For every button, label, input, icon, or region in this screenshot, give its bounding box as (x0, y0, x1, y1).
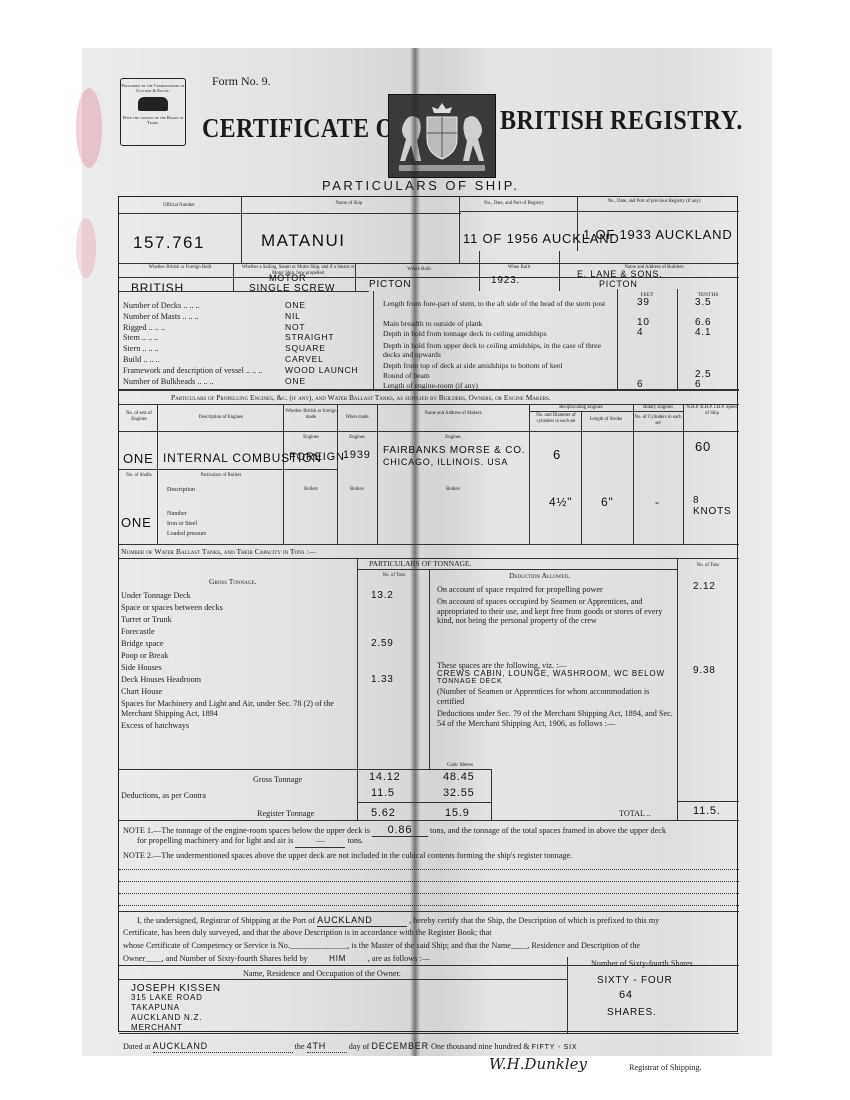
deductions-value: 11.5 (371, 787, 395, 799)
gross-row-label: Chart House (121, 687, 353, 697)
deduction-row-label: On account of space required for propell… (437, 585, 673, 595)
british-built-value: British (131, 281, 184, 295)
deduction-row-value: 9.38 (693, 665, 716, 676)
gross-row-label: Bridge space (121, 639, 353, 649)
label-shafts: No. of Shafts (121, 473, 157, 479)
particular-label: Stem .. .. .. (123, 333, 158, 344)
note1-text-a: NOTE 1.—The tonnage of the engine-room s… (123, 826, 370, 835)
note1-text-b: tons, and the tonnage of the total space… (430, 826, 666, 835)
gross-cubic-value: 48.45 (443, 771, 475, 783)
total-value: 11.5. (693, 805, 721, 817)
cert-port-value: Auckland (317, 915, 407, 927)
particular-value: Carvel (285, 354, 324, 364)
label-boilers-sub-2: Boilers (339, 487, 375, 493)
royal-coat-of-arms-icon (388, 94, 496, 178)
when-built-value: 1923. (491, 275, 520, 286)
gross-row-label: Forecastle (121, 627, 353, 637)
label-makers: Name and Address of Makers (377, 411, 529, 417)
title-right: BRITISH REGISTRY. (500, 106, 743, 137)
particular-value: One (285, 376, 306, 386)
particular-label: Framework and description of vessel .. .… (123, 366, 262, 377)
owner-line: 315 Lake Road (131, 993, 203, 1002)
dated-place-value: Auckland (153, 1041, 293, 1053)
cert-line1-text-a: I, the undersigned, Registrar of Shippin… (137, 916, 315, 925)
label-sets-engines: No. of sets of Engines (121, 411, 157, 422)
note1-light-air-tons: — (295, 836, 345, 848)
label-speed: N.H.P. B.H.P. I.H.P. Speed of Ship (685, 405, 739, 416)
particular-value: Not (285, 322, 305, 332)
particular-label: Rigged .. .. .. (123, 323, 165, 334)
owner-line: Takapuna (131, 1003, 180, 1012)
form-number: Form No. 9. (212, 74, 271, 89)
particular-value: Wood Launch (285, 365, 359, 375)
register-tonnage-value: 5.62 (371, 807, 396, 819)
cert-held-by-value: Him (310, 954, 366, 966)
shares-line3: Shares. (607, 1007, 657, 1018)
certificate-page: Prescribed by the Commissioners of Custo… (82, 48, 772, 1056)
label-engines-sub-2: Engines (339, 435, 375, 441)
particular-value: One (285, 300, 306, 310)
gross-row-value: 1.33 (371, 674, 394, 685)
label-cubic-metres: Cubic Metres (431, 763, 489, 769)
note1-line2: for propelling machinery and for light a… (137, 836, 363, 848)
speed-value: 8 Knots (693, 495, 737, 517)
label-when-built: When Built (479, 265, 559, 271)
label-cylinders: No. and Diameter of cylinders in each se… (531, 413, 581, 424)
cert-line2: Certificate, has been duly surveyed, and… (123, 928, 492, 939)
particular-label: Number of Masts .. .. .. (123, 312, 199, 323)
note2-text: NOTE 2.—The undermentioned spaces above … (123, 851, 572, 862)
registrar-label: Registrar of Shipping. (629, 1063, 702, 1074)
note1-text-d: tons. (348, 836, 364, 845)
note1-text-c: for propelling machinery and for light a… (137, 836, 293, 845)
dated-line: Dated at Auckland the 4th day of Decembe… (123, 1041, 577, 1054)
label-name-of-ship: Name of Ship (249, 201, 449, 207)
horsepower-value: 60 (695, 439, 711, 454)
previous-registry-value: 1 of 1933 Auckland (583, 227, 733, 242)
deductions-cubic-value: 32.55 (443, 787, 475, 799)
dated-year-value: Fifty - Six (532, 1044, 578, 1051)
label-boiler-iron-steel: Iron or Steel (167, 519, 197, 530)
note1-line1: NOTE 1.—The tonnage of the engine-room s… (123, 825, 666, 837)
stain-mark (76, 218, 96, 278)
dated-at-label: Dated at (123, 1042, 151, 1051)
dimension-label: Depth in hold from tonnage deck to ceili… (383, 329, 613, 338)
engine-foreign-value: Foreign (289, 451, 345, 463)
gross-row-label: Turret or Trunk (121, 615, 353, 625)
dated-day-of-label: day of (349, 1042, 370, 1051)
dated-year-label: One thousand nine hundred & (431, 1042, 530, 1051)
where-built-value: Picton (369, 279, 411, 290)
ballast-label: Number of Water Ballast Tanks, and Their… (121, 547, 316, 558)
deduction-row-value: 2.12 (693, 581, 716, 592)
gross-row-label: Poop or Break (121, 651, 353, 661)
dimension-tenths: 3.5 (695, 297, 711, 308)
makers-line2: Chicago, Illinois. USA (383, 457, 508, 467)
stroke-value: 6" (601, 495, 614, 509)
gross-row-value: 2.59 (371, 638, 394, 649)
register-cubic-value: 15.9 (445, 807, 470, 819)
owner-line: Auckland N.Z. (131, 1013, 202, 1022)
owner-line: Merchant (131, 1023, 183, 1032)
label-where-built: Where Built (359, 267, 479, 273)
label-boiler-pressure: Loaded pressure (167, 529, 206, 540)
dated-the-label: the (295, 1042, 305, 1051)
stamp-bottom-text: With the consent of the Board of Trade. (123, 115, 184, 125)
propulsion-line2: Single Screw (249, 283, 335, 294)
crew-spaces-line1: Crews Cabin, Lounge, Washroom, WC Below (437, 669, 665, 678)
label-deduction-tons: No. of Tons (679, 563, 737, 569)
makers-line1: Fairbanks Morse & Co. (383, 445, 525, 456)
label-description-engines: Description of Engines (159, 415, 283, 421)
label-british-foreign-made: Whether British or foreign made (285, 409, 337, 420)
engine-sets-value: One (123, 451, 154, 466)
engines-section-title: Particulars of Propelling Engines, &c. (… (171, 393, 551, 404)
label-british-foreign: Whether British or Foreign Built (125, 265, 235, 271)
subtitle: PARTICULARS OF SHIP. (322, 178, 519, 193)
gross-tonnage-value: 14.12 (369, 771, 401, 783)
tonnage-title: PARTICULARS OF TONNAGE. (369, 559, 472, 570)
dimension-label: Round of beam (383, 371, 613, 380)
dimension-label: Depth from top of deck at side amidships… (383, 361, 613, 370)
owner-header: Name, Residence and Occupation of the Ow… (243, 969, 401, 980)
particular-label: Number of Decks .. .. .. (123, 301, 200, 312)
particular-label: Stern .. .. .. (123, 344, 159, 355)
deduction-row-label: (Number of Seamen or Apprentices for who… (437, 687, 673, 706)
rotary-value: - (655, 495, 660, 509)
particular-label: Number of Bulkheads .. .. .. (123, 377, 214, 388)
dated-day-value: 4th (307, 1041, 347, 1053)
label-when-made: When made (339, 415, 375, 421)
cert-line3: whose Certificate of Competency or Servi… (123, 941, 640, 952)
particular-label: Build .. .. .. (123, 355, 160, 366)
gross-row-label: Spaces for Machinery and Light and Air, … (121, 699, 353, 718)
builders-line2: Picton (599, 279, 638, 289)
stamp-top-text: Prescribed by the Commissioners of Custo… (121, 83, 184, 93)
customs-stamp: Prescribed by the Commissioners of Custo… (120, 78, 186, 146)
dimension-label: Depth in hold from upper deck to ceiling… (383, 341, 613, 359)
deduction-row-label: On account of spaces occupied by Seamen … (437, 597, 673, 626)
note1-engine-room-tons: 0.86 (372, 825, 428, 837)
registrar-signature: W.H.Dunkley (489, 1055, 587, 1073)
label-previous-registry: No., Date, and Port of previous Registry… (579, 199, 729, 205)
label-registry: No., Date, and Port of Registry (459, 201, 569, 207)
label-engines-sub: Engines (285, 435, 337, 441)
dimension-label: Length from fore-part of stem, to the af… (383, 299, 613, 308)
gross-row-label: Under Tonnage Deck (121, 591, 353, 601)
shares-line1: Sixty - Four (597, 975, 673, 986)
particular-value: Straight (285, 332, 334, 342)
label-no-of-tons: No. of Tons (359, 573, 429, 579)
deduction-title: Deduction Allowed. (509, 571, 570, 582)
label-rotary: Rotary Engines (633, 405, 683, 411)
label-reciprocating: Reciprocating Engines (531, 405, 631, 411)
particular-value: Nil (285, 311, 301, 321)
label-boilers-particulars: Particulars of Boilers (159, 473, 283, 479)
particulars-frame: Official Number Name of Ship No., Date, … (118, 196, 738, 1032)
cert-line4: Owner____, and Number of Sixty-fourth Sh… (123, 954, 430, 966)
label-boiler-number: Number (167, 509, 187, 520)
gross-tonnage-label: Gross Tonnage (253, 775, 302, 786)
gross-tonnage-title: Gross Tonnage. (209, 577, 256, 588)
cert-line1: I, the undersigned, Registrar of Shippin… (137, 915, 659, 927)
dimension-tenths: 4.1 (695, 327, 711, 338)
label-boiler-description: Description (167, 485, 195, 496)
shares-header: Number of Sixty-fourth Shares. (591, 959, 695, 970)
crew-spaces-line2: Tonnage Deck (437, 678, 502, 685)
gross-row-label: Excess of hatchways (121, 721, 353, 731)
label-stroke: Length of Stroke (581, 417, 631, 423)
label-engines-sub-3: Engines (377, 435, 529, 441)
label-boilers-sub: Boilers (285, 487, 337, 493)
label-official-number: Official Number (129, 203, 229, 209)
dimension-feet: 4 (637, 327, 643, 338)
official-number-value: 157.761 (133, 233, 205, 253)
cert-line1-text-b: , hereby certify that the Ship, the Desc… (409, 916, 659, 925)
shares-line2: 64 (619, 989, 633, 1001)
deduction-row-label: Deductions under Sec. 79 of the Merchant… (437, 709, 673, 728)
dimension-feet: 39 (637, 297, 650, 308)
dimension-label: Main breadth to outside of plank (383, 319, 613, 328)
ship-name-value: MATANUI (261, 231, 345, 251)
gross-row-label: Side Houses (121, 663, 353, 673)
title-left: CERTIFICATE OF (202, 114, 410, 145)
total-label: TOTAL .. (619, 809, 651, 820)
stain-mark (76, 88, 102, 168)
engine-when-made-value: 1939 (343, 449, 371, 461)
cylinders-diameter: 4½" (549, 495, 572, 509)
register-tonnage-label: Register Tonnage (257, 809, 314, 820)
builders-line1: E. Lane & Sons. (577, 269, 663, 279)
gross-row-label: Deck Houses Headroom (121, 675, 353, 685)
crest-icon (138, 97, 168, 111)
propulsion-line1: Motor (269, 273, 306, 283)
particular-value: Square (285, 343, 326, 353)
dated-month-value: December (371, 1041, 428, 1051)
cert-line4-text-a: Owner____, and Number of Sixty-fourth Sh… (123, 954, 308, 963)
cert-line4-text-b: , are as follows :— (368, 954, 430, 963)
cylinders-number: 6 (553, 447, 561, 462)
shafts-value: One (121, 515, 152, 530)
gross-row-label: Space or spaces between decks (121, 603, 353, 613)
deductions-label: Deductions, as per Contra (121, 791, 206, 802)
label-boilers-sub-3: Boilers (377, 487, 529, 493)
gross-row-value: 13.2 (371, 590, 394, 601)
label-rotary-cylinders: No. of Cylinders in each set (633, 415, 683, 426)
